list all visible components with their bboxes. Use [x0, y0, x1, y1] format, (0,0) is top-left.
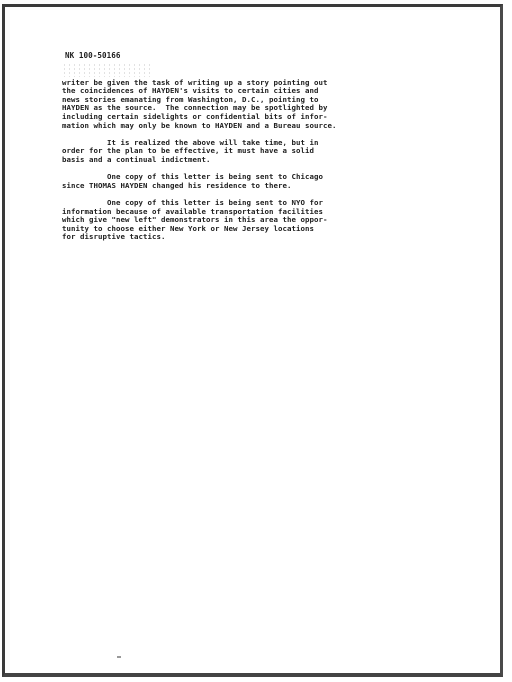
scan-speck [117, 656, 121, 658]
paragraph-2: It is realized the above will take time,… [62, 139, 442, 165]
redaction-smudge [62, 63, 152, 77]
paragraph-3: One copy of this letter is being sent to… [62, 173, 442, 190]
file-number: NK 100-50166 [65, 52, 445, 61]
document-page: NK 100-50166 writer be given the task of… [62, 52, 442, 250]
text-line: since THOMAS HAYDEN changed his residenc… [62, 182, 442, 191]
paragraph-1: writer be given the task of writing up a… [62, 79, 442, 131]
paragraph-4: One copy of this letter is being sent to… [62, 199, 442, 242]
text-line: for disruptive tactics. [62, 233, 442, 242]
text-line: basis and a continual indictment. [62, 156, 442, 165]
text-line: mation which may only be known to HAYDEN… [62, 122, 442, 131]
